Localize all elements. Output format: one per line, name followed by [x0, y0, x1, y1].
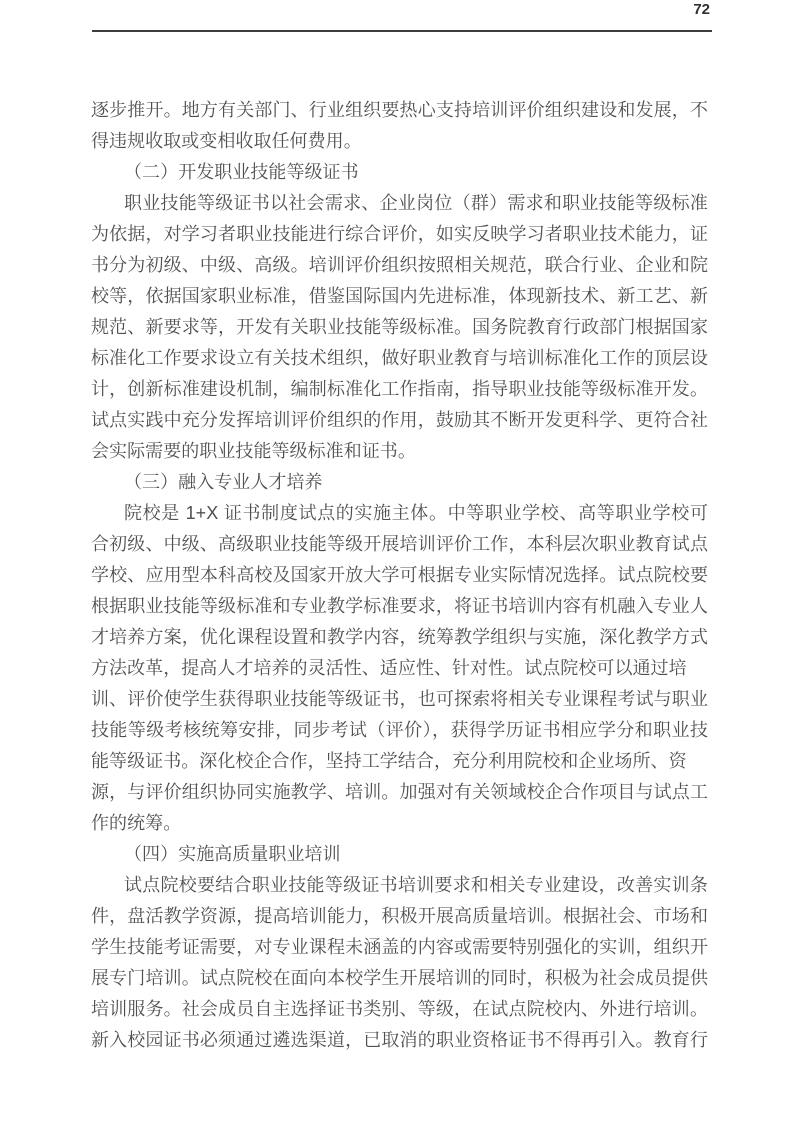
text-line: 院校是 1+X 证书制度试点的实施主体。中等职业学校、高等职业学校可结: [91, 498, 708, 529]
header-rule: [92, 30, 712, 32]
text-line: 合初级、中级、高级职业技能等级开展培训评价工作，本科层次职业教育试点: [91, 529, 708, 560]
text-line: 学校、应用型本科高校及国家开放大学可根据专业实际情况选择。试点院校要: [91, 560, 708, 591]
text-line: 技能等级考核统筹安排，同步考试（评价），获得学历证书相应学分和职业技: [91, 715, 708, 746]
text-line: （四）实施高质量职业培训: [91, 839, 708, 870]
text-line: 作的统筹。: [91, 808, 708, 839]
document-page: 72 逐步推开。地方有关部门、行业组织要热心支持培训评价组织建设和发展，不得违规…: [0, 0, 793, 1122]
text-line: （二）开发职业技能等级证书: [91, 157, 708, 188]
text-line: 会实际需要的职业技能等级标准和证书。: [91, 436, 708, 467]
text-line: 为依据，对学习者职业技能进行综合评价，如实反映学习者职业技术能力，证: [91, 219, 708, 250]
text-line: 标准化工作要求设立有关技术组织，做好职业教育与培训标准化工作的顶层设: [91, 343, 708, 374]
text-line: 根据职业技能等级标准和专业教学标准要求，将证书培训内容有机融入专业人: [91, 591, 708, 622]
document-body: 逐步推开。地方有关部门、行业组织要热心支持培训评价组织建设和发展，不得违规收取或…: [91, 95, 708, 1056]
text-line: 计，创新标准建设机制，编制标准化工作指南，指导职业技能等级标准开发。: [91, 374, 708, 405]
text-line: 得违规收取或变相收取任何费用。: [91, 126, 708, 157]
text-line: 方法改革，提高人才培养的灵活性、适应性、针对性。试点院校可以通过培: [91, 653, 708, 684]
text-line: 试点实践中充分发挥培训评价组织的作用，鼓励其不断开发更科学、更符合社: [91, 405, 708, 436]
text-line: 源，与评价组织协同实施教学、培训。加强对有关领域校企合作项目与试点工: [91, 777, 708, 808]
text-line: 训、评价使学生获得职业技能等级证书，也可探索将相关专业课程考试与职业: [91, 684, 708, 715]
text-line: 校等，依据国家职业标准，借鉴国际国内先进标准，体现新技术、新工艺、新: [91, 281, 708, 312]
text-line: 展专门培训。试点院校在面向本校学生开展培训的同时，积极为社会成员提供: [91, 963, 708, 994]
text-line: 试点院校要结合职业技能等级证书培训要求和相关专业建设，改善实训条: [91, 870, 708, 901]
text-line: 新入校园证书必须通过遴选渠道，已取消的职业资格证书不得再引入。教育行: [91, 1025, 708, 1056]
text-line: 能等级证书。深化校企合作，坚持工学结合，充分利用院校和企业场所、资: [91, 746, 708, 777]
text-line: 逐步推开。地方有关部门、行业组织要热心支持培训评价组织建设和发展，不: [91, 95, 708, 126]
page-number: 72: [693, 0, 710, 20]
text-line: 培训服务。社会成员自主选择证书类别、等级，在试点院校内、外进行培训。: [91, 994, 708, 1025]
text-line: 学生技能考证需要，对专业课程未涵盖的内容或需要特别强化的实训，组织开: [91, 932, 708, 963]
text-line: 才培养方案，优化课程设置和教学内容，统筹教学组织与实施，深化教学方式: [91, 622, 708, 653]
text-line: （三）融入专业人才培养: [91, 467, 708, 498]
text-line: 职业技能等级证书以社会需求、企业岗位（群）需求和职业技能等级标准: [91, 188, 708, 219]
text-line: 件，盘活教学资源，提高培训能力，积极开展高质量培训。根据社会、市场和: [91, 901, 708, 932]
text-line: 规范、新要求等，开发有关职业技能等级标准。国务院教育行政部门根据国家: [91, 312, 708, 343]
text-line: 书分为初级、中级、高级。培训评价组织按照相关规范，联合行业、企业和院: [91, 250, 708, 281]
